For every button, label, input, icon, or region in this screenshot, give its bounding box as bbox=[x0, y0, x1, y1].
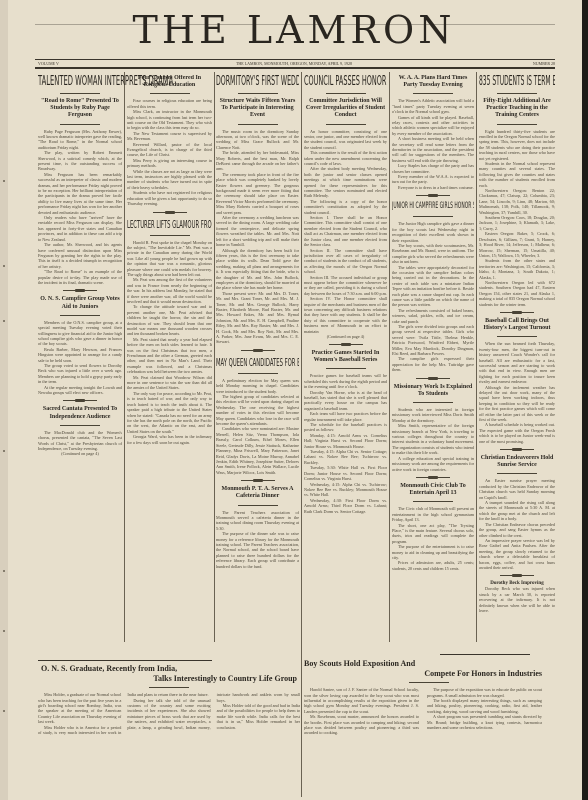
column-3: DORMITORY'S FIRST WEDDING CEREMONY Struc… bbox=[216, 75, 299, 640]
article-ons-graduate: O. N. S. Graduate, Recently from India, … bbox=[38, 664, 300, 782]
article-body: Miss Holder, a graduate of our Normal sc… bbox=[38, 692, 300, 782]
paragraph: An Easter sunrise prayer meeting conduct… bbox=[479, 478, 555, 500]
headline[interactable]: Missionary Work Is Explained To Students bbox=[392, 384, 474, 398]
paragraph: The purpose of the entertainment is to r… bbox=[392, 544, 474, 560]
paragraph: The following is a copy of the honor com… bbox=[304, 199, 387, 215]
section-rule bbox=[38, 660, 212, 661]
continued-note[interactable]: (Continued on page 4) bbox=[304, 334, 387, 339]
paragraph: After the student body meeting Wednesday… bbox=[304, 166, 387, 198]
paragraph: Lucy Staples has charge of the party and… bbox=[392, 163, 474, 174]
article-lecturer: LECTURER LIFTS GLAMOUR FROM HEROIC WAR I… bbox=[127, 218, 212, 445]
paragraph: The purpose of the exposition was to edu… bbox=[427, 687, 542, 698]
paragraph: The short, one act play, "The Trysting P… bbox=[392, 523, 474, 545]
paragraph: A trumpet sounded the rising call along … bbox=[479, 500, 555, 522]
article-body: Harold Santee, son of J. F. Santee of th… bbox=[304, 687, 554, 772]
paragraph: Only readers who have "arrived" have the… bbox=[38, 215, 122, 242]
headline[interactable]: TALENTED WOMAN INTERPRETS DRAMA bbox=[38, 75, 122, 89]
headline-line-1[interactable]: Boy Scouts Hold Exposition And bbox=[304, 659, 554, 669]
paragraph: The ceremony took place in front of the … bbox=[216, 172, 299, 215]
headline[interactable]: Christian Endeavorers Hold Sunrise Servi… bbox=[479, 455, 555, 469]
article-campfire-juniors: O. N. S. Campfire Group Votes Aid to Jun… bbox=[38, 296, 122, 395]
continued-note[interactable]: (Continued on page 4) bbox=[38, 451, 122, 456]
paragraph: The purpose of the dinner sale was to ra… bbox=[216, 531, 299, 569]
paragraph: Dorothy Beck who was injured when struck… bbox=[479, 586, 555, 613]
paragraph: Section IV. The Honor committee shall in… bbox=[304, 296, 387, 334]
article-body: Practice games for baseball teams will b… bbox=[304, 373, 387, 514]
column-2: Four Courses Offered In Religious Educat… bbox=[127, 75, 212, 640]
paragraph: This committee is the result of the firs… bbox=[304, 150, 387, 166]
paragraph: Students in the Normal school represent … bbox=[479, 161, 555, 188]
paragraph: Monday, 4:15: Arnold Arms vs. Cornelius … bbox=[304, 433, 387, 449]
article-body: The Junior High campfire girls gave a di… bbox=[392, 221, 474, 372]
subhead: Fifty-Eight Additional Are Practice Teac… bbox=[479, 98, 555, 120]
article-body: Members of the O.N.S. campfire group, at… bbox=[38, 320, 122, 396]
article-body: An honor committee, consisting of one se… bbox=[304, 129, 387, 334]
paragraph: The Junior High campfire girls gave a di… bbox=[392, 221, 474, 243]
article-honor-code: COUNCIL PASSES HONOR CODE LAW Committee … bbox=[304, 75, 387, 339]
paragraph: Mr. Peat claimed that Woodrow Wilson did… bbox=[127, 375, 212, 391]
article-baseball-call: Baseball Call Brings Out History's Large… bbox=[479, 318, 555, 444]
article-waa: W. A. A. Plans Hard Times Party Tuesday … bbox=[392, 75, 474, 190]
article-may-queen: MAY QUEEN CANDIDATES FOR ELECTION WEDNES… bbox=[216, 356, 299, 475]
paragraph: "The Road to Rome" is an example of the … bbox=[38, 269, 122, 285]
dateline-rule-top bbox=[35, 59, 555, 60]
headline[interactable]: Baseball Call Brings Out History's Large… bbox=[479, 318, 555, 332]
paragraph: A college education and special training… bbox=[392, 456, 474, 472]
paragraph: A short business meeting will be held wh… bbox=[392, 136, 474, 163]
dateline: THE LAMRON, MONMOUTH, OREGON, MONDAY, AP… bbox=[0, 61, 588, 66]
paragraph: A baseball schedule is being worked out.… bbox=[479, 422, 555, 444]
headline-line-2[interactable]: Compete For Honors in Industries bbox=[304, 669, 554, 679]
nameplate: THE LAMRON bbox=[0, 8, 588, 52]
paragraph: Beula Barber, Mary Hewson, and Frances H… bbox=[38, 347, 122, 363]
paragraph: An honor committee, consisting of one se… bbox=[304, 129, 387, 151]
paragraph: The group voted to send flowers to Dorot… bbox=[38, 363, 122, 385]
column-rule bbox=[124, 72, 125, 642]
article-pta: Monmouth P. T. A. Serves A Cafeteria Din… bbox=[216, 486, 299, 569]
article-enrollment: 835 STUDENTS IS TERM ENROLLMENT Fifty-Ei… bbox=[479, 75, 555, 307]
paragraph: Games of all kinds will be played. Baseb… bbox=[392, 115, 474, 137]
paragraph: Every member of the W.A.A. is expected t… bbox=[392, 174, 474, 185]
paragraph: Section I. There shall be an Honor Commi… bbox=[304, 215, 387, 247]
article-sacred-cantata: Sacred Cantata Presented To Independence… bbox=[38, 406, 122, 456]
article-body: When the sun beamed forth Thursday, twen… bbox=[479, 341, 555, 444]
article-body: The music room in the dormitory Sunday a… bbox=[216, 129, 299, 345]
subhead: Committee Jurisdiction Will Cover Irregu… bbox=[304, 98, 387, 120]
paragraph: Mr. Peat stated that nearly a year had e… bbox=[127, 337, 212, 375]
article-boy-scouts: Boy Scouts Hold Exposition And Compete F… bbox=[304, 659, 554, 772]
article-body: Dorothy Beck who was injured when struck… bbox=[479, 586, 555, 613]
article-body: A preliminary election for May queen was… bbox=[216, 378, 299, 475]
headline[interactable]: COUNCIL PASSES HONOR CODE LAW bbox=[304, 75, 387, 89]
section-rule bbox=[440, 654, 530, 655]
paragraph: The highest group of candidates selected… bbox=[216, 394, 299, 426]
paragraph: Georgia Ward, who has been in the infirm… bbox=[127, 434, 212, 445]
paragraph: Miss Clark, an instructor in the Monmout… bbox=[127, 109, 212, 131]
headline[interactable]: Practice Games Started In Women's Baseba… bbox=[304, 350, 387, 364]
headline[interactable]: Monmouth Civic Club To Entertain April 1… bbox=[392, 483, 474, 497]
article-body: Harold R. Peat spoke in the chapel Monda… bbox=[127, 240, 212, 445]
paragraph: The girls were divided into groups and e… bbox=[392, 324, 474, 356]
article-baseball-women: Practice Games Started In Women's Baseba… bbox=[304, 350, 387, 514]
paragraph: Section II. The committee shall have jur… bbox=[304, 248, 387, 275]
article-dorothy-beck: Dorothy Beck Improving Dorothy Beck who … bbox=[479, 581, 555, 613]
headline[interactable]: W. A. A. Plans Hard Times Party Tuesday … bbox=[392, 75, 474, 89]
article-body: Four courses in religious education are … bbox=[127, 98, 212, 206]
paragraph: Tuesday, 4:15: Alpha Chi vs. Senior Cott… bbox=[304, 449, 387, 465]
article-body: The MacDonald club and the Women's choru… bbox=[38, 430, 122, 452]
article-religious-education: Four Courses Offered In Religious Educat… bbox=[127, 75, 212, 207]
paragraph: The only way for peace, according to Mr.… bbox=[127, 391, 212, 434]
article-christian-endeavor: Christian Endeavorers Hold Sunrise Servi… bbox=[479, 455, 555, 570]
subhead: "Road to Rome" Presented To Students by … bbox=[38, 98, 122, 120]
article-body: The Parent Teachers association of Monmo… bbox=[216, 510, 299, 569]
issue-number: NUMBER 28 bbox=[533, 61, 555, 66]
paragraph: Prices of admission are, adults, 25 cent… bbox=[392, 560, 474, 571]
paragraph: Members of the O.N.S. campfire group, at… bbox=[38, 320, 122, 347]
paragraph: At the regular meeting tonight the Lowah… bbox=[38, 385, 122, 396]
column-4: COUNCIL PASSES HONOR CODE LAW Committee … bbox=[304, 75, 387, 640]
paragraph: When the sun beamed forth Thursday, twen… bbox=[479, 341, 555, 384]
paragraph: Practice games for baseball teams will b… bbox=[304, 373, 387, 389]
paragraph: A preliminary election for May queen was… bbox=[216, 378, 299, 394]
paragraph: The booth displayed many interesting thi… bbox=[427, 698, 542, 714]
dateline-rule-bottom bbox=[35, 67, 555, 69]
headline-line-1[interactable]: O. N. S. Graduate, Recently from India, bbox=[38, 664, 300, 674]
article-body: The Civic club of Monmouth will present … bbox=[392, 506, 474, 571]
paragraph: The campfire girls expressed their appre… bbox=[392, 356, 474, 372]
paragraph: Students who are interested in foreign m… bbox=[392, 407, 474, 423]
article-talented-woman: TALENTED WOMAN INTERPRETS DRAMA "Road to… bbox=[38, 75, 122, 285]
headline[interactable]: Four Courses Offered In Religious Educat… bbox=[127, 75, 212, 89]
column-6: 835 STUDENTS IS TERM ENROLLMENT Fifty-Ei… bbox=[479, 75, 555, 640]
paragraph: Miss Holder, a graduate of our Normal sc… bbox=[38, 692, 121, 724]
paragraph: Those present were: Mr. and Mrs. D. Tone… bbox=[216, 291, 299, 345]
paragraph: Ruby Page Ferguson (Mrs. Anthony Enwer),… bbox=[38, 129, 122, 151]
paragraph: Although the inclement weather has delay… bbox=[479, 385, 555, 423]
paragraph: The boy scouts, with their scoutmasters,… bbox=[392, 243, 474, 265]
paragraph: Harold Santee, son of J. F. Santee of th… bbox=[304, 687, 419, 714]
paragraph: Section III. The accused individual or g… bbox=[304, 275, 387, 297]
paragraph: The Parent Teachers association of Monmo… bbox=[216, 510, 299, 532]
page-edge-shadow bbox=[582, 0, 588, 800]
paragraph: Harold R. Peat spoke in the chapel Monda… bbox=[127, 240, 212, 278]
article-body: Eight hundred thirty-five students are e… bbox=[479, 129, 555, 307]
paragraph: The author, Mr. Sherwood, and his agents… bbox=[38, 242, 122, 269]
headline[interactable]: O. N. S. Campfire Group Votes Aid to Jun… bbox=[38, 296, 122, 310]
headline[interactable]: LECTURER LIFTS GLAMOUR FROM HEROIC WAR I… bbox=[127, 218, 212, 231]
headline-line-2[interactable]: Talks Interestingly to Country Life Grou… bbox=[38, 674, 300, 684]
paragraph: Northwestern Oregon: Benton 22; Clackama… bbox=[479, 188, 555, 215]
article-body: An Easter sunrise prayer meeting conduct… bbox=[479, 478, 555, 570]
paragraph: Miss Smith, representative of the foreig… bbox=[392, 423, 474, 455]
paragraph: The play, written by Robert Emmett Sherw… bbox=[38, 150, 122, 172]
paragraph: Northwestern Oregon led with 672 student… bbox=[479, 280, 555, 307]
paragraph: The schedule for the baseball practices … bbox=[304, 422, 387, 433]
paragraph: Students from the other states and terri… bbox=[479, 258, 555, 280]
paragraph: A short program was presented: tumbling … bbox=[427, 714, 542, 730]
paragraph: The refreshments consisted of baked bean… bbox=[392, 308, 474, 324]
article-wedding: DORMITORY'S FIRST WEDDING CEREMONY Struc… bbox=[216, 75, 299, 345]
column-rule bbox=[214, 72, 215, 642]
headline[interactable]: DORMITORY'S FIRST WEDDING CEREMONY bbox=[216, 75, 299, 89]
paragraph: Wednesday, 4:30: First Floor Dorm vs. Ar… bbox=[304, 498, 387, 514]
paragraph: Miss Perry is giving an interesting cour… bbox=[127, 158, 212, 169]
subhead: Structure Waits Fifteen Years To Partici… bbox=[216, 98, 299, 120]
paragraph: Southern Oregon: Coos, 18; Douglas, 20; … bbox=[479, 215, 555, 231]
column-rule bbox=[389, 72, 390, 642]
paragraph: Mr. Rosebeam, scout master, announced th… bbox=[304, 714, 419, 736]
paragraph: Miss Holder told of the good and bad in … bbox=[217, 703, 300, 730]
paragraph: The Civic club of Monmouth will present … bbox=[392, 506, 474, 522]
paragraph: Eastern Oregon: Baker, 5; Crook, 6; Desc… bbox=[479, 231, 555, 258]
paragraph: The Women's Athletic association will ho… bbox=[392, 98, 474, 114]
paragraph: Tuesday, 5:30: White Hall vs. First Floo… bbox=[304, 465, 387, 481]
column-5: W. A. A. Plans Hard Times Party Tuesday … bbox=[392, 75, 474, 640]
paragraph: An impressive prayer service was led by … bbox=[479, 538, 555, 570]
paragraph: The bride, attended by her bridesmaid, M… bbox=[216, 150, 299, 172]
paragraph: Students who have not registered for rel… bbox=[127, 190, 212, 206]
article-missionary: Missionary Work Is Explained To Students… bbox=[392, 384, 474, 472]
column-rule bbox=[301, 72, 302, 797]
paragraph: Dorothy Van Horne, who is at the head of… bbox=[304, 390, 387, 412]
paragraph: The MacDonald club and the Women's choru… bbox=[38, 430, 122, 452]
headline[interactable]: MAY QUEEN CANDIDATES FOR ELECTION WEDNES… bbox=[216, 356, 299, 369]
paragraph: To change the attitude toward war and to… bbox=[127, 304, 212, 336]
paragraph: Each team will have two practices before… bbox=[304, 411, 387, 422]
paragraph: Miss Ferguson has been remarkably succes… bbox=[38, 172, 122, 215]
paragraph: Everyone is to dress in a hard times cos… bbox=[392, 185, 474, 190]
paragraph: The New Testament course is supervised b… bbox=[127, 131, 212, 142]
article-civic-club: Monmouth Civic Club To Entertain April 1… bbox=[392, 483, 474, 571]
headline[interactable]: Sacred Cantata Presented To Independence… bbox=[38, 406, 122, 420]
article-body: Students who are interested in foreign m… bbox=[392, 407, 474, 472]
paragraph: Reverend Willard, pastor of the local Ev… bbox=[127, 142, 212, 158]
column-1: TALENTED WOMAN INTERPRETS DRAMA "Road to… bbox=[38, 75, 122, 456]
column-rule bbox=[476, 72, 477, 642]
paragraph: The Christian Endeavor chorus preceded t… bbox=[479, 522, 555, 538]
article-junior-hi: JUNIOR HI CAMPFIRE GIRLS HONOR SCOUTS AT… bbox=[392, 201, 474, 372]
article-body: The Women's Athletic association will ho… bbox=[392, 98, 474, 190]
paragraph: The music room in the dormitory Sunday a… bbox=[216, 129, 299, 151]
article-body: Ruby Page Ferguson (Mrs. Anthony Enwer),… bbox=[38, 129, 122, 286]
paragraph: The tables were appropriately decorated … bbox=[392, 265, 474, 308]
headline[interactable]: Monmouth P. T. A. Serves A Cafeteria Din… bbox=[216, 486, 299, 500]
paragraph: Although the dormitory has been built fo… bbox=[216, 248, 299, 291]
paragraph: Four courses in religious education are … bbox=[127, 98, 212, 109]
paragraph: Candidates who were nominated are: Maxin… bbox=[216, 426, 299, 475]
paragraph: Eight hundred thirty-five students are e… bbox=[479, 129, 555, 161]
paragraph: While the classes are not as large as th… bbox=[127, 169, 212, 191]
headline[interactable]: 835 STUDENTS IS TERM ENROLLMENT bbox=[479, 75, 555, 89]
paragraph: Wednesday, 4:15: Alpha Chi vs. Tschirrow… bbox=[304, 482, 387, 498]
headline[interactable]: JUNIOR HI CAMPFIRE GIRLS HONOR SCOUTS AT… bbox=[392, 201, 474, 212]
paragraph: Mr. Peat was among the first of the volu… bbox=[127, 277, 212, 304]
paragraph: After the ceremony a wedding luncheon wa… bbox=[216, 215, 299, 247]
